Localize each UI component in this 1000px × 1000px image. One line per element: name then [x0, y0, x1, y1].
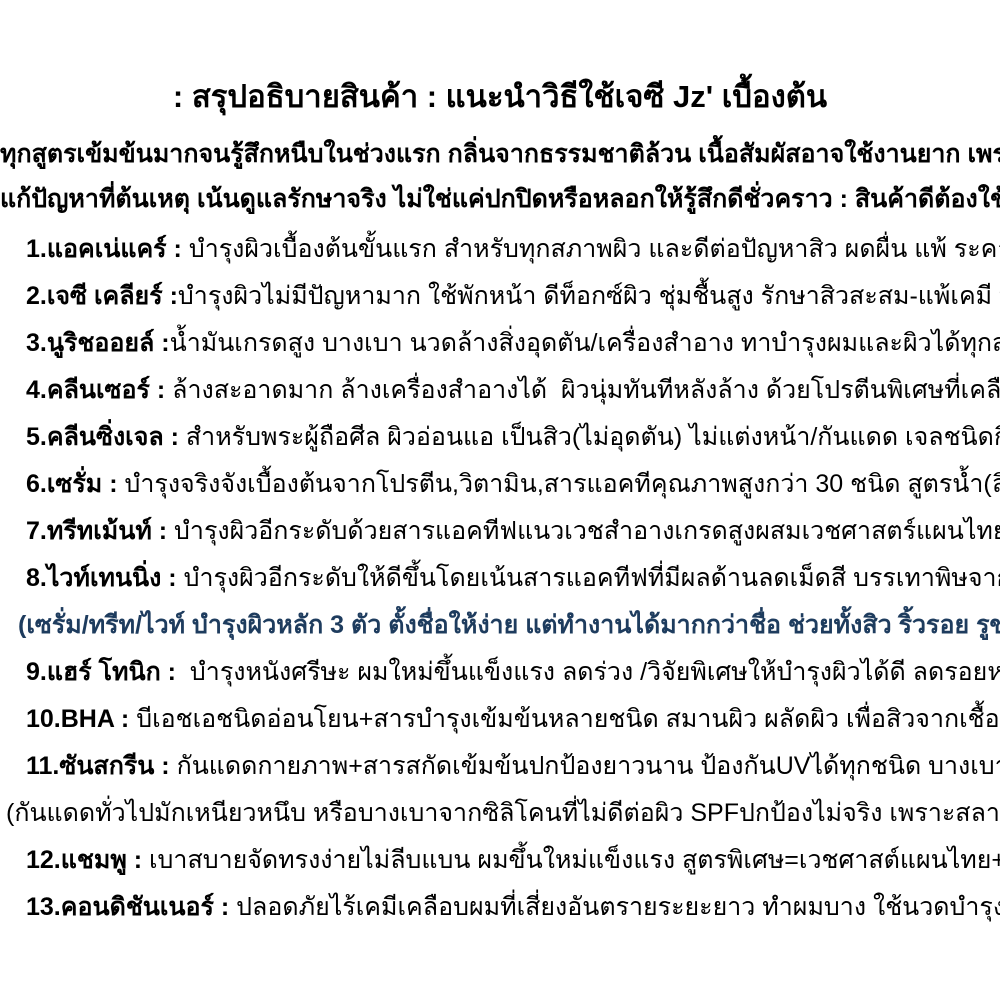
item-name: 7.ทรีทเม้นท์ :	[26, 517, 174, 545]
item-name: 9.แฮร์ โทนิก :	[26, 658, 190, 686]
list-item-sunscreen: 11.ซันสกรีน : กันแดดกายภาพ+สารสกัดเข้มข้…	[26, 743, 980, 790]
item-description: กันแดดกายภาพ+สารสกัดเข้มข้นปกป้องยาวนาน …	[177, 752, 1000, 780]
item-name: 1.แอคเน่แคร์ :	[26, 235, 189, 263]
list-item-whitening: 8.ไวท์เทนนิ่ง : บำรุงผิวอีกระดับให้ดีขึ้…	[26, 555, 980, 602]
list-item-nourish-oil: 3.นูริชออยล์ :น้ำมันเกรดสูง บางเบา นวดล้…	[26, 320, 980, 367]
item-description: บำรุงผิวไม่มีปัญหามาก ใช้พักหน้า ดีท็อกซ…	[178, 282, 1000, 310]
page-title: : สรุปอธิบายสินค้า : แนะนำวิธีใช้เจซี Jz…	[0, 76, 1000, 118]
list-item-serum: 6.เซรั่ม : บำรุงจริงจังเบื้องต้นจากโปรตี…	[26, 461, 980, 508]
item-description: บำรุงผิวอีกระดับให้ดีขึ้นโดยเน้นสารแอคที…	[184, 564, 1000, 592]
item-description: บำรุงผิวเบื้องต้นขั้นแรก สำหรับทุกสภาพผิ…	[189, 235, 1000, 263]
intro-line-1: ทุกสูตรเข้มข้นมากจนรู้สึกหนืบในช่วงแรก ก…	[0, 132, 1000, 177]
note-sunscreen-warning: (กันแดดทั่วไปมักเหนียวหนึบ หรือบางเบาจาก…	[6, 790, 980, 837]
note-serum-treat-white: (เซรั่ม/ทรีท/ไวท์ บำรุงผิวหลัก 3 ตัว ตั้…	[18, 602, 980, 649]
item-name: 5.คลีนซิ่งเจล :	[26, 423, 186, 451]
item-name: 11.ซันสกรีน :	[26, 752, 177, 780]
list-item-conditioner: 13.คอนดิชันเนอร์ : ปลอดภัยไร้เคมีเคลือบผ…	[26, 884, 980, 931]
item-name: 4.คลีนเซอร์ :	[26, 376, 172, 404]
item-name: 6.เซรั่ม :	[26, 470, 125, 498]
item-description: ล้างสะอาดมาก ล้างเครื่องสำอางได้ ผิวนุ่ม…	[172, 376, 1000, 404]
product-summary-document: : สรุปอธิบายสินค้า : แนะนำวิธีใช้เจซี Jz…	[0, 0, 1000, 1000]
item-description: บำรุงผิวอีกระดับด้วยสารแอคทีฟแนวเวชสำอาง…	[174, 517, 1000, 545]
list-item-jc-clear: 2.เจซี เคลียร์ :บำรุงผิวไม่มีปัญหามาก ใช…	[26, 273, 980, 320]
item-description: เบาสบายจัดทรงง่ายไม่ลีบแบน ผมขึ้นใหม่แข็…	[149, 846, 1000, 874]
intro-line-2: แก้ปัญหาที่ต้นเหตุ เน้นดูแลรักษาจริง ไม่…	[0, 177, 1000, 222]
item-name: 3.นูริชออยล์ :	[26, 329, 170, 357]
item-description: บีเอชเอชนิดอ่อนโยน+สารบำรุงเข้มข้นหลายชน…	[136, 705, 1000, 733]
list-item-bha: 10.BHA : บีเอชเอชนิดอ่อนโยน+สารบำรุงเข้ม…	[26, 696, 980, 743]
list-item-cleansing-gel: 5.คลีนซิ่งเจล : สำหรับพระผู้ถือศีล ผิวอ่…	[26, 414, 980, 461]
list-item-treatment: 7.ทรีทเม้นท์ : บำรุงผิวอีกระดับด้วยสารแอ…	[26, 508, 980, 555]
item-description: น้ำมันเกรดสูง บางเบา นวดล้างสิ่งอุดตัน/เ…	[170, 329, 1000, 357]
item-description: บำรุงหนังศรีษะ ผมใหม่ขึ้นแข็งแรง ลดร่วง …	[190, 658, 1000, 686]
item-name: 12.แชมพู :	[26, 846, 149, 874]
list-item-cleanser: 4.คลีนเซอร์ : ล้างสะอาดมาก ล้างเครื่องสำ…	[26, 367, 980, 414]
list-item-acne-care: 1.แอคเน่แคร์ : บำรุงผิวเบื้องต้นขั้นแรก …	[26, 226, 980, 273]
item-name: 10.BHA :	[26, 705, 136, 733]
item-description: สำหรับพระผู้ถือศีล ผิวอ่อนแอ เป็นสิว(ไม่…	[186, 423, 1000, 451]
item-name: 2.เจซี เคลียร์ :	[26, 282, 178, 310]
item-name: 8.ไวท์เทนนิ่ง :	[26, 564, 184, 592]
list-item-hair-tonic: 9.แฮร์ โทนิก : บำรุงหนังศรีษะ ผมใหม่ขึ้น…	[26, 649, 980, 696]
item-description: บำรุงจริงจังเบื้องต้นจากโปรตีน,วิตามิน,ส…	[125, 470, 1000, 498]
item-name: 13.คอนดิชันเนอร์ :	[26, 893, 236, 921]
list-item-shampoo: 12.แชมพู : เบาสบายจัดทรงง่ายไม่ลีบแบน ผม…	[26, 837, 980, 884]
item-description: ปลอดภัยไร้เคมีเคลือบผมที่เสี่ยงอันตรายระ…	[236, 893, 1000, 921]
product-list: 1.แอคเน่แคร์ : บำรุงผิวเบื้องต้นขั้นแรก …	[0, 226, 1000, 931]
